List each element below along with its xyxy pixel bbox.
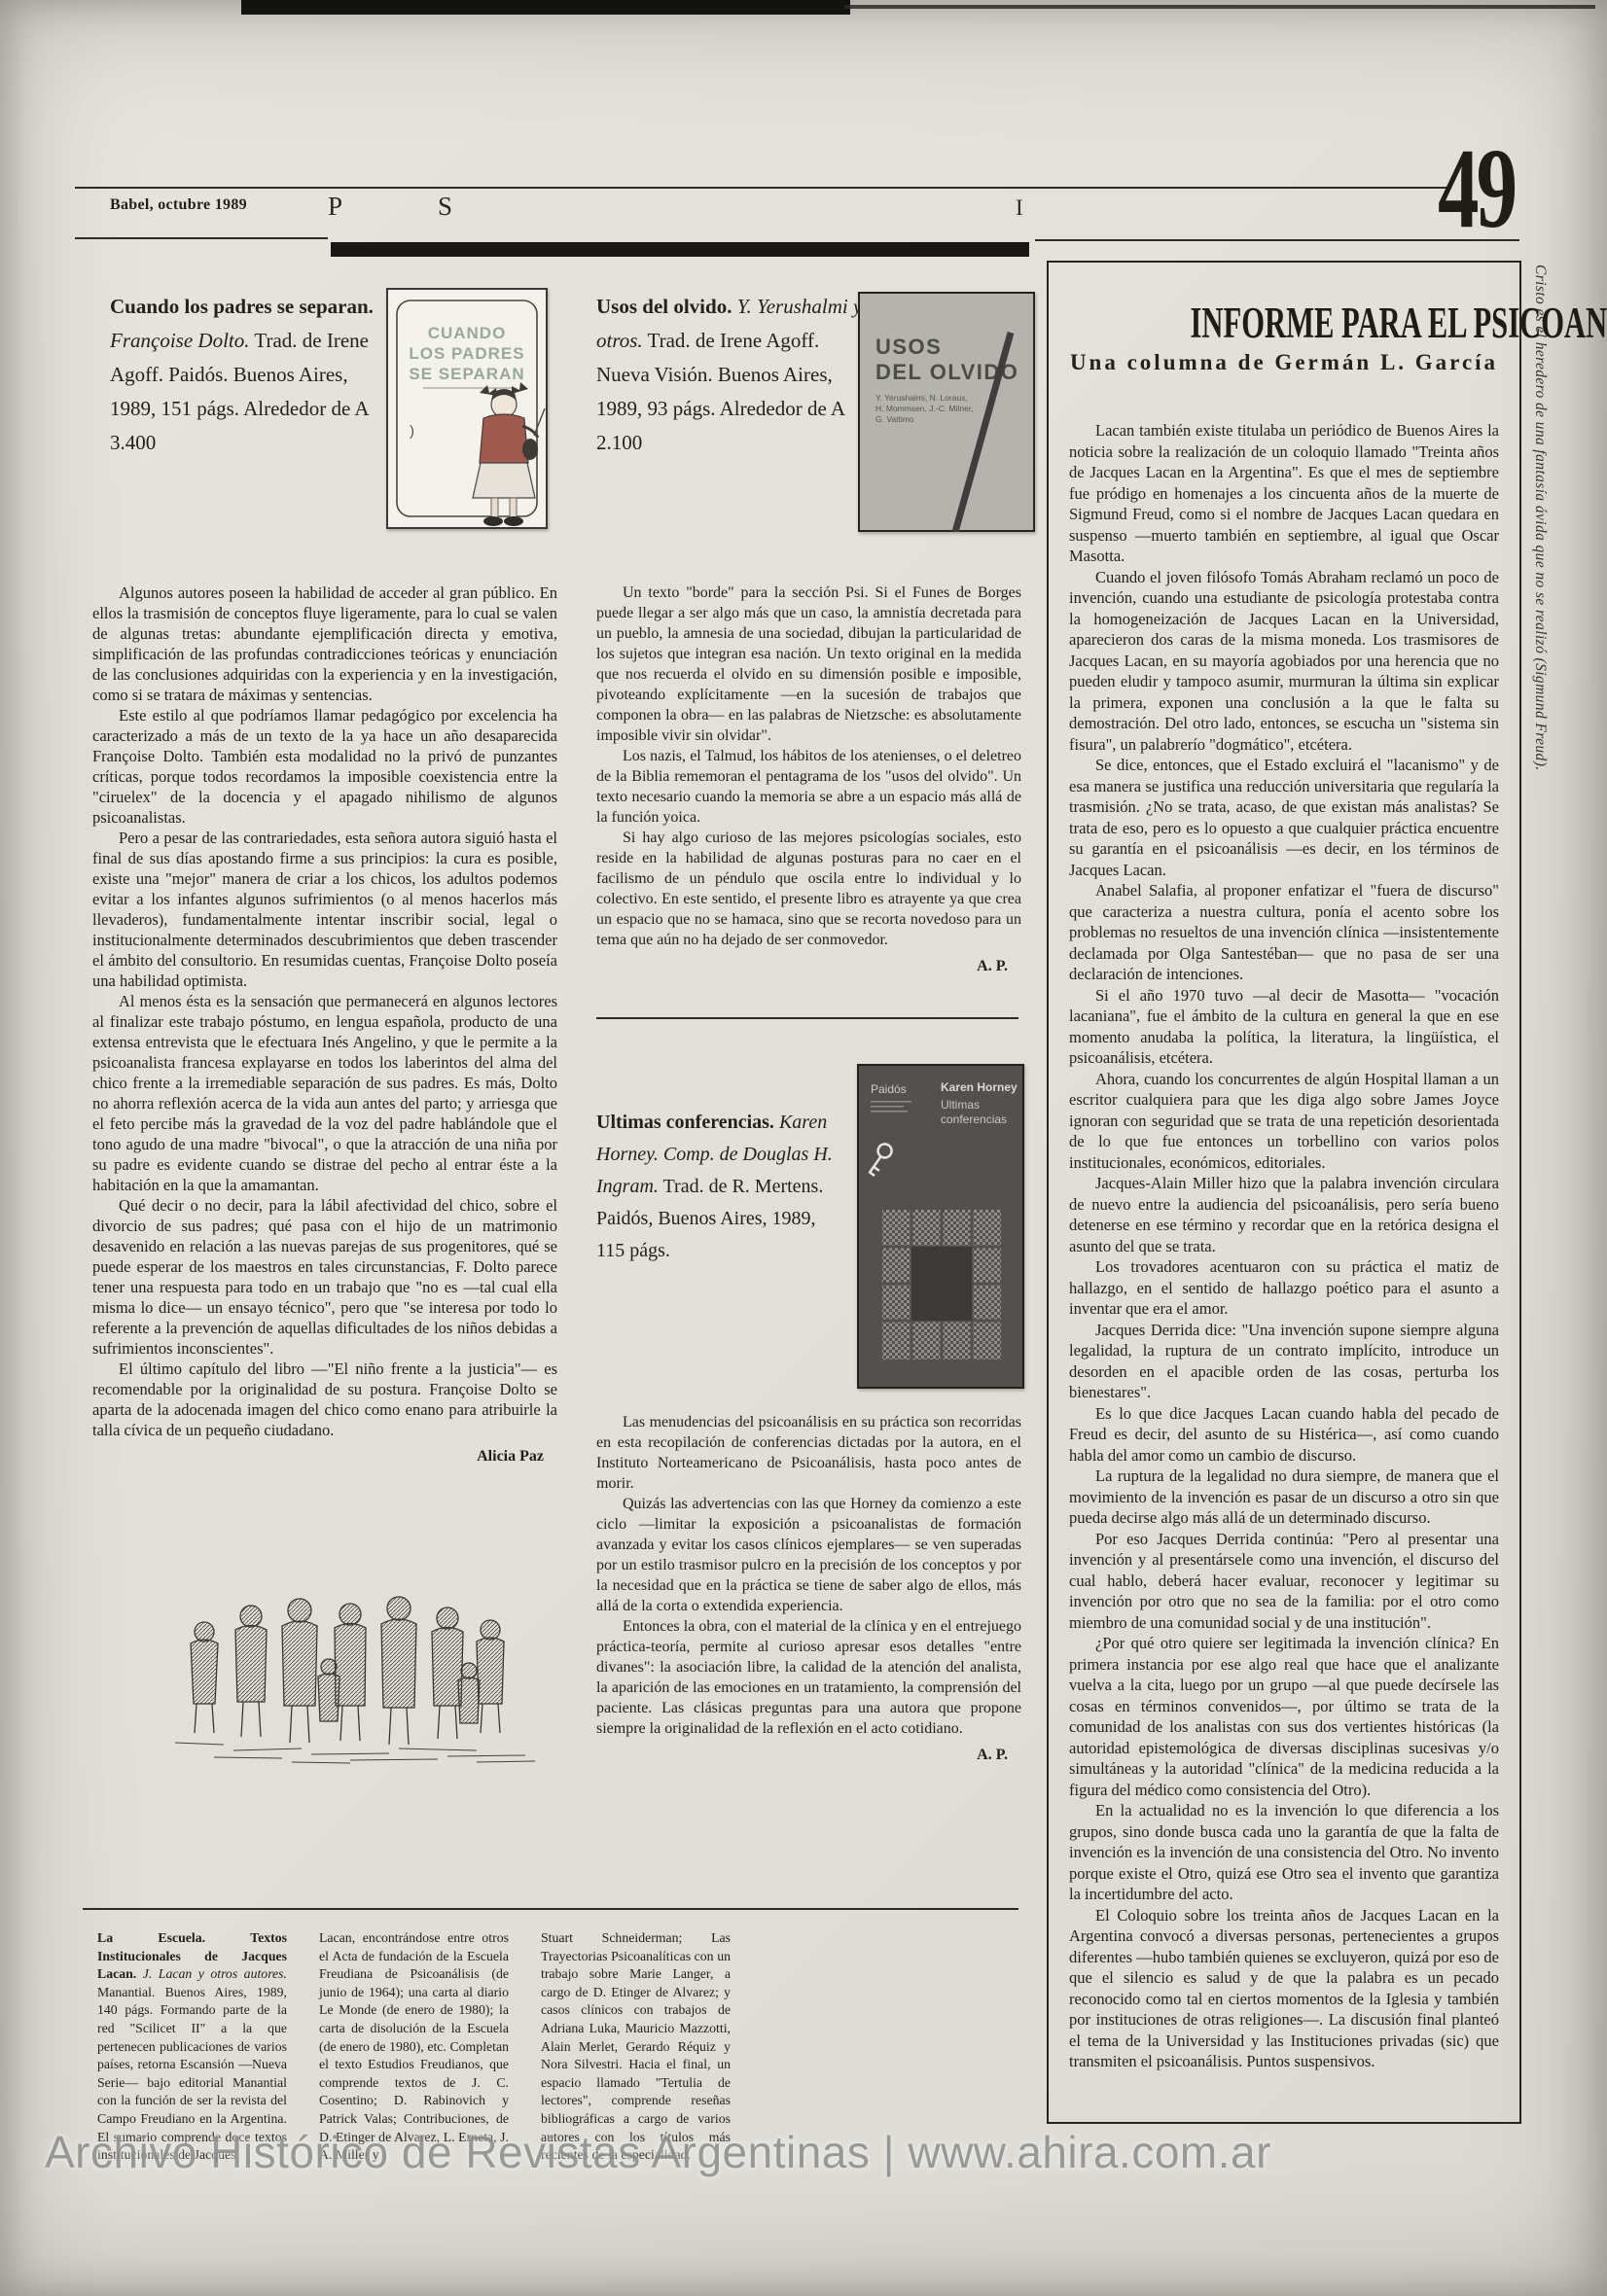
margin-quote: Cristo es el heredero de una fantasía áv… <box>1531 265 1549 1286</box>
paragraph: Las menudencias del psicoanálisis en su … <box>596 1412 1021 1494</box>
svg-text:LOS PADRES: LOS PADRES <box>409 344 524 363</box>
svg-text:H. Mommsen, J.-C. Milner,: H. Mommsen, J.-C. Milner, <box>875 404 974 413</box>
svg-text:Y. Yerushalmi, N. Loraux,: Y. Yerushalmi, N. Loraux, <box>875 393 968 403</box>
header-rule-left <box>75 237 328 239</box>
review-dolto-paragraphs: Algunos autores poseen la habilidad de a… <box>92 583 557 1440</box>
paragraph: Anabel Salafia, al proponer enfatizar el… <box>1069 880 1499 985</box>
paragraph: Por eso Jacques Derrida continúa: "Pero … <box>1069 1529 1499 1634</box>
publication-date: Babel, octubre 1989 <box>110 196 247 214</box>
magazine-page: Babel, octubre 1989 P S I 49 Cristo es e… <box>0 0 1607 2296</box>
section-letter-i: I <box>1016 195 1023 221</box>
svg-text:): ) <box>410 423 414 440</box>
book-author: J. Lacan y otros autores. <box>143 1966 287 1981</box>
garcia-column: INFORME PARA EL PSICOANALISIS Una column… <box>1047 261 1521 2124</box>
paragraph: Si el año 1970 tuvo —al decir de Masotta… <box>1069 985 1499 1069</box>
paragraph: Es lo que dice Jacques Lacan cuando habl… <box>1069 1403 1499 1466</box>
citation-horney: Ultimas conferencias. Karen Horney. Comp… <box>596 1107 847 1267</box>
book-cover-usos-del-olvido: USOS DEL OLVIDO Y. Yerushalmi, N. Loraux… <box>858 292 1035 532</box>
paragraph: Un texto "borde" para la sección Psi. Si… <box>596 583 1021 746</box>
paragraph: ¿Por qué otro quiere ser legitimada la i… <box>1069 1633 1499 1800</box>
column-subtitle: Una columna de Germán L. García <box>1069 350 1499 375</box>
paragraph: Cuando el joven filósofo Tomás Abraham r… <box>1069 567 1499 756</box>
paragraph: Entonces la obra, con el material de la … <box>596 1616 1021 1739</box>
reviewer-signature: A. P. <box>596 958 1021 975</box>
engraving-illustration <box>156 1566 553 1768</box>
paragraph: El último capítulo del libro —"El niño f… <box>92 1359 557 1440</box>
paragraph: Este estilo al que podríamos llamar peda… <box>92 705 557 828</box>
scan-artifact-bar <box>241 0 850 15</box>
paragraph: Algunos autores poseen la habilidad de a… <box>92 583 557 705</box>
scan-artifact-line <box>844 5 1595 9</box>
review-olvido-body: Un texto "borde" para la sección Psi. Si… <box>596 583 1021 975</box>
paragraph: Pero a pesar de las contrariedades, esta… <box>92 828 557 991</box>
paragraph: En la actualidad no es la invención lo q… <box>1069 1800 1499 1905</box>
paragraph: Los trovadores acentuaron con su práctic… <box>1069 1256 1499 1320</box>
paragraph: Jacques-Alain Miller hizo que la palabra… <box>1069 1173 1499 1256</box>
header-rule-top <box>75 187 1448 189</box>
book-cover-cuando-los-padres: CUANDO LOS PADRES SE SEPARAN ) <box>386 288 548 529</box>
paragraph: Al menos ésta es la sensación que perman… <box>92 991 557 1195</box>
paragraph: Qué decir o no decir, para la lábil afec… <box>92 1195 557 1359</box>
paragraph: La ruptura de la legalidad no dura siemp… <box>1069 1466 1499 1529</box>
ornamental-frame <box>882 1210 1001 1360</box>
citation-olvido: Usos del olvido. Y. Yerushalmi y otros. … <box>596 290 875 460</box>
paragraph: Quizás las advertencias con las que Horn… <box>596 1494 1021 1616</box>
svg-text:USOS: USOS <box>875 335 942 359</box>
svg-text:Karen Horney: Karen Horney <box>941 1080 1018 1094</box>
paragraph: El Coloquio sobre los treinta años de Ja… <box>1069 1905 1499 2072</box>
review-horney-paragraphs: Las menudencias del psicoanálisis en su … <box>596 1412 1021 1739</box>
reviewer-signature: A. P. <box>596 1747 1021 1764</box>
bottom-divider-rule <box>83 1908 1018 1910</box>
book-author: Françoise Dolto. <box>110 329 249 352</box>
svg-text:Paidós: Paidós <box>871 1082 907 1096</box>
paragraph: Se dice, entonces, que el Estado excluir… <box>1069 755 1499 880</box>
svg-text:Ultimas: Ultimas <box>941 1098 980 1112</box>
reviewer-signature: Alicia Paz <box>92 1448 557 1466</box>
page-number: 49 <box>1438 140 1515 237</box>
svg-text:SE SEPARAN: SE SEPARAN <box>409 365 524 383</box>
book-title: Ultimas conferencias. <box>596 1112 774 1133</box>
column-title: INFORME PARA EL PSICOANALISIS <box>1069 298 1499 348</box>
garcia-paragraphs: Lacan también existe titulaba un periódi… <box>1069 420 1499 2072</box>
review-horney-body: Las menudencias del psicoanálisis en su … <box>596 1412 1021 1764</box>
book-title: Cuando los padres se separan. <box>110 295 374 318</box>
review-dolto-body: Algunos autores poseen la habilidad de a… <box>92 583 557 1466</box>
svg-text:conferencias: conferencias <box>941 1113 1007 1126</box>
header-black-bar <box>331 242 1029 257</box>
middle-divider-rule <box>596 1017 1018 1019</box>
cover-illustration: USOS DEL OLVIDO Y. Yerushalmi, N. Loraux… <box>858 292 1035 532</box>
book-title: Usos del olvido. <box>596 295 732 318</box>
section-letter-p: P <box>328 192 342 222</box>
paragraph: Jacques Derrida dice: "Una invención sup… <box>1069 1320 1499 1403</box>
review-olvido-paragraphs: Un texto "borde" para la sección Psi. Si… <box>596 583 1021 950</box>
cover-illustration: Paidós Karen Horney Ultimas conferencias <box>857 1064 1024 1389</box>
paragraph: Ahora, cuando los concurrentes de algún … <box>1069 1069 1499 1174</box>
paragraph: Los nazis, el Talmud, los hábitos de los… <box>596 746 1021 828</box>
section-letter-s: S <box>438 192 452 222</box>
book-cover-ultimas-conferencias: Paidós Karen Horney Ultimas conferencias <box>857 1064 1024 1389</box>
archive-watermark: Archivo Histórico de Revistas Argentinas… <box>45 2126 1587 2178</box>
svg-text:CUANDO: CUANDO <box>428 324 507 342</box>
paragraph: Si hay algo curioso de las mejores psico… <box>596 828 1021 950</box>
svg-text:G. Vattimo: G. Vattimo <box>875 414 914 424</box>
citation-dolto: Cuando los padres se separan. Françoise … <box>110 290 394 460</box>
paragraph: Lacan también existe titulaba un periódi… <box>1069 420 1499 567</box>
cover-illustration: CUANDO LOS PADRES SE SEPARAN ) <box>386 288 548 529</box>
